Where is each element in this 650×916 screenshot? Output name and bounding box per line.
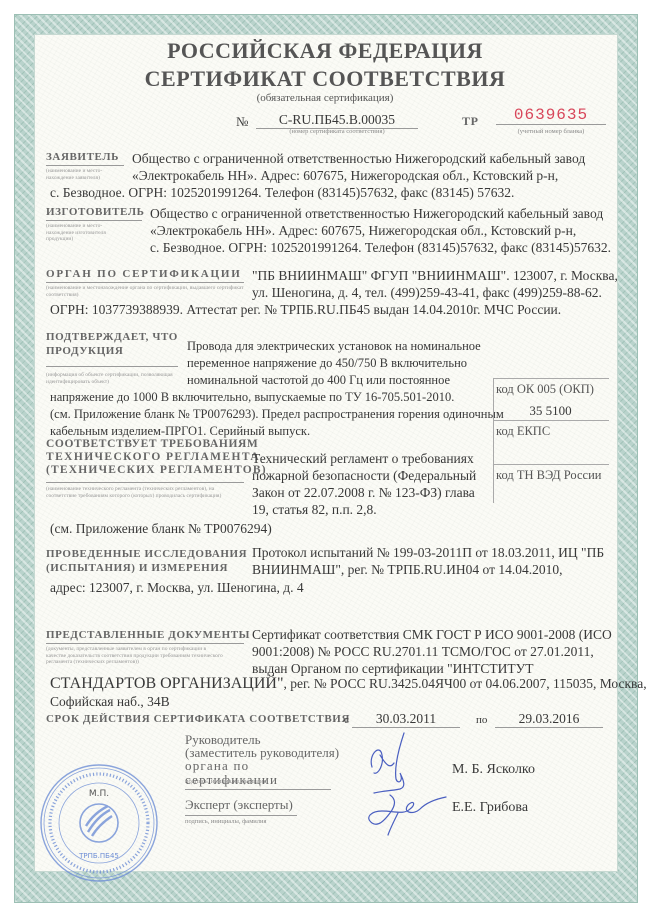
documents-label: ПРЕДСТАВЛЕННЫЕ ДОКУМЕНТЫ — [46, 629, 244, 644]
expert-caption: подпись, инициалы, фамилия — [185, 818, 267, 825]
manufacturer-label: ИЗГОТОВИТЕЛЬ — [46, 206, 142, 221]
certificate-title: СЕРТИФИКАТ СООТВЕТСТВИЯ — [0, 66, 650, 92]
ekps-label: код ЕКПС — [496, 423, 550, 439]
expert-name: Е.Е. Грибова — [452, 800, 528, 816]
regulation-label-line-1: СООТВЕТСТВУЕТ ТРЕБОВАНИЯМ — [46, 438, 258, 450]
product-label-line-2: ПРОДУКЦИЯ — [46, 345, 178, 367]
validity-to-prefix: по — [476, 712, 487, 728]
head-caption: подпись, инициалы, фамилия — [185, 778, 267, 785]
tests-label-line-1: ПРОВЕДЕННЫЕ ИССЛЕДОВАНИЯ — [46, 548, 247, 560]
documents-line-5: Софийская наб., 34В — [50, 694, 170, 710]
validity-to-date: 29.03.2016 — [495, 711, 603, 728]
manufacturer-hint: (наименование и место-нахождение изготов… — [46, 223, 126, 243]
product-line-3: номинальной частотой до 400 Гц или посто… — [187, 372, 450, 388]
tp-prefix: ТР — [462, 114, 479, 129]
product-line-6: кабельным изделием-ПРГО1. Серийный выпус… — [50, 423, 310, 439]
documents-line-1: Сертификат соответствия СМК ГОСТ Р ИСО 9… — [252, 627, 612, 643]
manufacturer-line-3: с. Безводное. ОГРН: 1025201991264. Телеф… — [150, 240, 611, 256]
regulation-line-3: Закон от 22.07.2008 г. № 123-ФЗ) глава — [252, 485, 475, 501]
tests-line-2: ВНИИНМАШ", рег. № ТРПБ.RU.ИН04 от 14.04.… — [252, 562, 563, 578]
regulation-label-line-3: (ТЕХНИЧЕСКИХ РЕГЛАМЕНТОВ) — [46, 464, 244, 483]
applicant-line-2: «Электрокабель НН». Адрес: 607675, Нижег… — [132, 168, 558, 184]
documents-line-2: 9001:2008) № РОСС RU.2701.11 ТСМО/ГОС от… — [252, 644, 594, 660]
cert-body-line-1: "ПБ ВНИИНМАШ" ФГУП "ВНИИНМАШ". 123007, г… — [252, 268, 618, 284]
signature-ink — [360, 725, 450, 845]
certificate-subtitle: (обязательная сертификация) — [0, 92, 650, 104]
head-name: М. Б. Ясколко — [452, 762, 535, 778]
okp-label: код ОК 005 (ОКП) — [496, 381, 594, 397]
number-caption: (номер сертификата соответствия) — [256, 128, 418, 135]
documents-line-3: выдан Органом по сертификации "ИНТСТИТУТ — [252, 661, 533, 677]
product-line-1: Провода для электрических установок на н… — [187, 338, 481, 354]
official-stamp: М.П. ТРПБ.ПБ45 — [38, 762, 160, 884]
tests-line-1: Протокол испытаний № 199-03-2011П от 18.… — [252, 545, 604, 561]
cert-body-hint: (наименование и местонахождение органа п… — [46, 285, 246, 298]
cert-body-label: ОРГАН ПО СЕРТИФИКАЦИИ — [46, 268, 244, 283]
number-prefix: № — [236, 114, 248, 130]
product-line-2: переменное напряжение до 450/750 В включ… — [187, 355, 467, 371]
blank-number: 0639635 — [496, 106, 606, 125]
product-line-4: напряжение до 1000 В включительно, выпус… — [50, 389, 454, 405]
documents-hint: (документы, представленные заявителем в … — [46, 646, 226, 666]
stamp-text: ТРПБ.ПБ45 — [78, 852, 119, 860]
applicant-label: ЗАЯВИТЕЛЬ — [46, 151, 124, 166]
tests-label-line-2: (ИСПЫТАНИЯ) И ИЗМЕРЕНИЯ — [46, 562, 228, 574]
stamp-mark: М.П. — [89, 789, 109, 799]
regulation-label-line-2: ТЕХНИЧЕСКОГО РЕГЛАМЕНТА — [46, 451, 260, 463]
product-label-line-1: ПОДТВЕРЖДАЕТ, ЧТО — [46, 331, 178, 343]
country-title: РОССИЙСКАЯ ФЕДЕРАЦИЯ — [0, 38, 650, 64]
regulation-appendix: (см. Приложение бланк № ТР0076294) — [50, 521, 272, 537]
tnved-label: код ТН ВЭД России — [496, 467, 601, 483]
documents-line-4-org: СТАНДАРТОВ ОРГАНИЗАЦИЙ" — [50, 675, 284, 692]
manufacturer-line-1: Общество с ограниченной ответственностью… — [150, 206, 603, 222]
cert-body-line-2: ул. Шеногина, д. 4, тел. (499)259-43-41,… — [252, 285, 602, 301]
product-hint: (информация об объекте сертификации, поз… — [46, 372, 180, 385]
validity-label: СРОК ДЕЙСТВИЯ СЕРТИФИКАТА СООТВЕТСТВИЯ — [46, 713, 350, 725]
okp-value: 35 5100 — [493, 403, 608, 419]
regulation-hint: (наименование технического регламента (т… — [46, 486, 236, 499]
regulation-line-4: 19, статья 82, п.п. 2,8. — [252, 502, 377, 518]
documents-line-4: СТАНДАРТОВ ОРГАНИЗАЦИЙ", рег. № РОСС RU.… — [50, 676, 647, 692]
applicant-hint: (наименование и место-нахождение заявите… — [46, 168, 124, 181]
regulation-line-2: пожарной безопасности (Федеральный — [252, 468, 476, 484]
blank-caption: (учетный номер бланка) — [496, 128, 606, 135]
cert-body-line-3: ОГРН: 1037739388939. Аттестат рег. № ТРП… — [50, 302, 561, 318]
tests-line-3: адрес: 123007, г. Москва, ул. Шеногина, … — [50, 580, 304, 596]
product-line-5: (см. Приложение бланк № ТР0076293). Пред… — [50, 406, 504, 422]
certificate-number: С-RU.ПБ45.В.00035 — [256, 112, 418, 129]
documents-line-4-rest: , рег. № РОСС RU.3425.04ЯЧ00 от 04.06.20… — [284, 676, 647, 691]
head-label-line-3: органа по сертификации — [185, 759, 331, 790]
expert-label: Эксперт (эксперты) — [185, 798, 297, 816]
applicant-line-1: Общество с ограниченной ответственностью… — [132, 151, 585, 167]
manufacturer-line-2: «Электрокабель НН». Адрес: 607675, Нижег… — [150, 223, 576, 239]
validity-from-prefix: с — [344, 712, 349, 728]
applicant-line-3: с. Безводное. ОГРН: 1025201991264. Телеф… — [50, 185, 514, 201]
regulation-line-1: Технический регламент о требованиях — [252, 451, 474, 467]
